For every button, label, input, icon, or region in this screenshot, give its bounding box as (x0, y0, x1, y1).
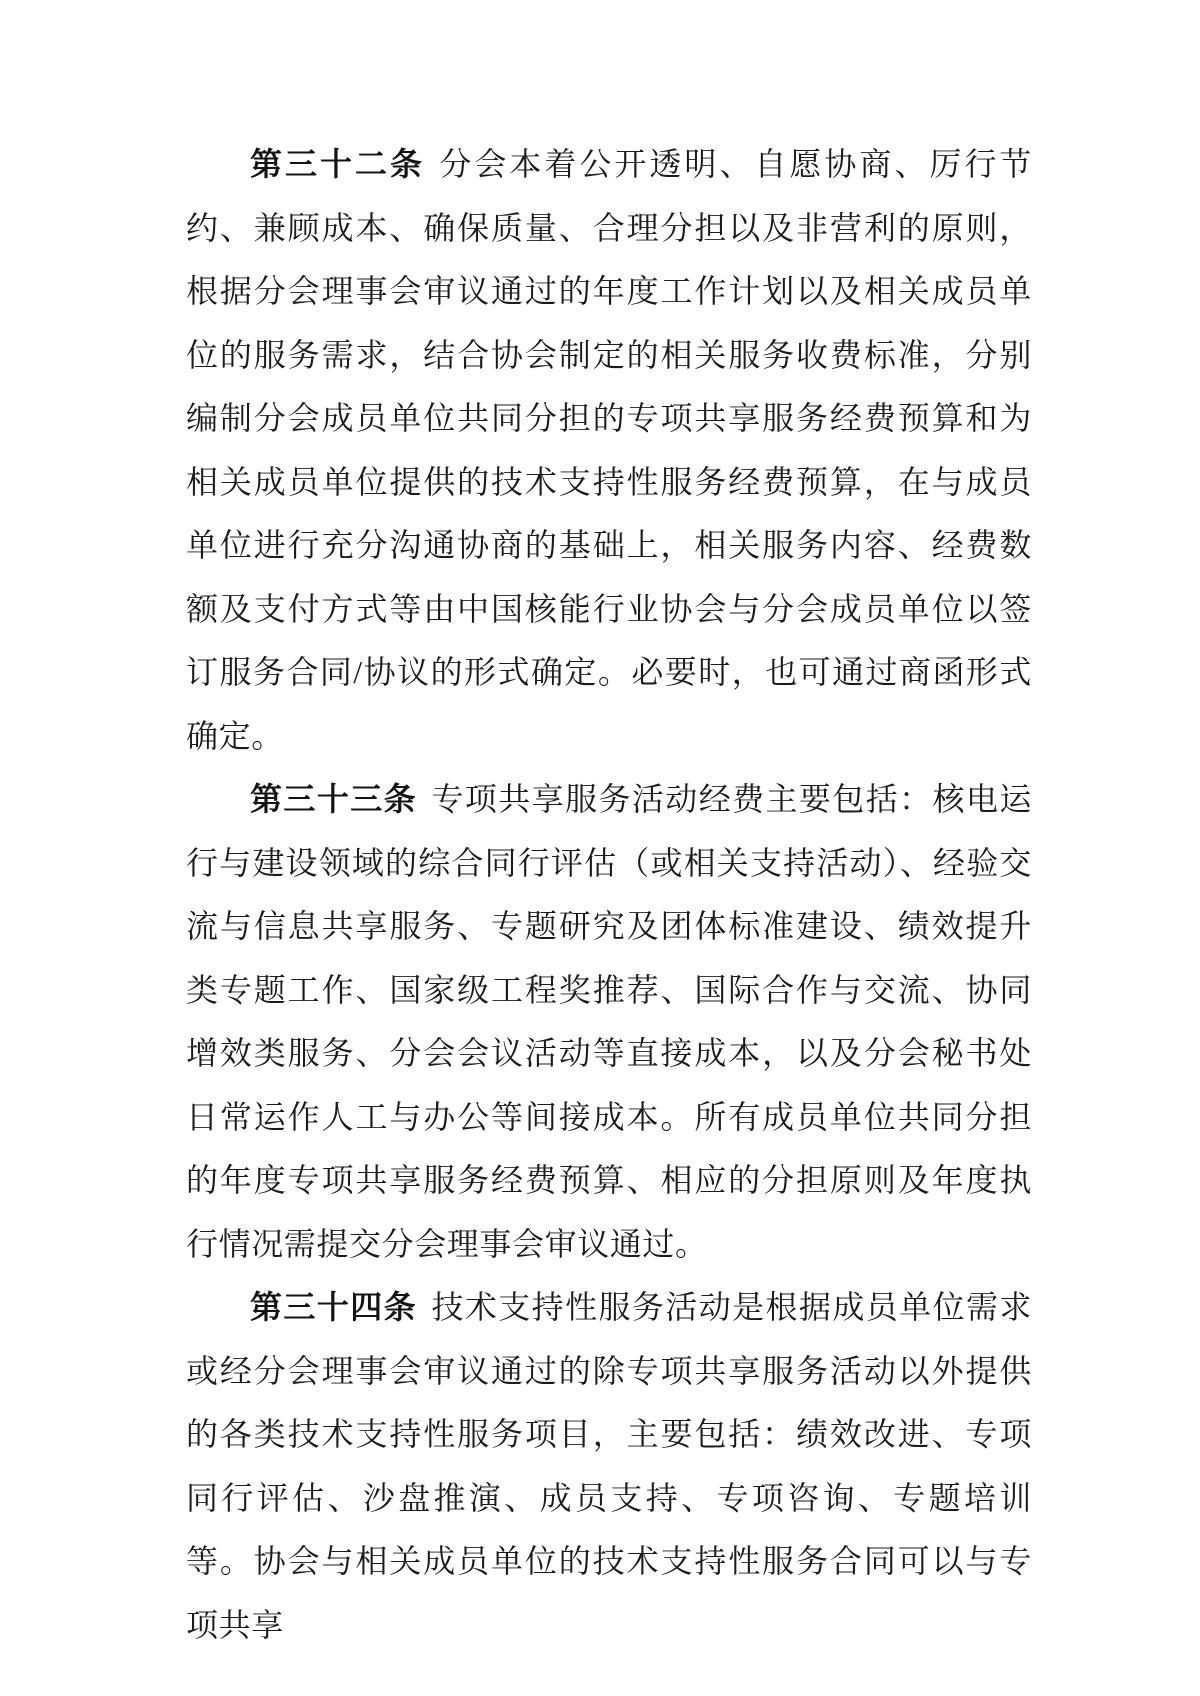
document-page: 第三十二条分会本着公开透明、自愿协商、厉行节约、兼顾成本、确保质量、合理分担以及… (0, 0, 1200, 1696)
article-32-text: 分会本着公开透明、自愿协商、厉行节约、兼顾成本、确保质量、合理分担以及非营利的原… (186, 146, 1032, 754)
article-33-paragraph: 第三十三条专项共享服务活动经费主要包括：核电运行与建设领域的综合同行评估（或相关… (186, 768, 1032, 1276)
article-32-number: 第三十二条 (250, 146, 425, 182)
article-34-text: 技术支持性服务活动是根据成员单位需求或经分会理事会审议通过的除专项共享服务活动以… (186, 1289, 1032, 1643)
article-34-paragraph: 第三十四条技术支持性服务活动是根据成员单位需求或经分会理事会审议通过的除专项共享… (186, 1276, 1032, 1657)
article-33-number: 第三十三条 (250, 781, 417, 817)
article-32-paragraph: 第三十二条分会本着公开透明、自愿协商、厉行节约、兼顾成本、确保质量、合理分担以及… (186, 133, 1032, 768)
article-34-number: 第三十四条 (250, 1289, 417, 1325)
document-body: 第三十二条分会本着公开透明、自愿协商、厉行节约、兼顾成本、确保质量、合理分担以及… (186, 133, 1032, 1657)
article-33-text: 专项共享服务活动经费主要包括：核电运行与建设领域的综合同行评估（或相关支持活动）… (186, 781, 1032, 1262)
